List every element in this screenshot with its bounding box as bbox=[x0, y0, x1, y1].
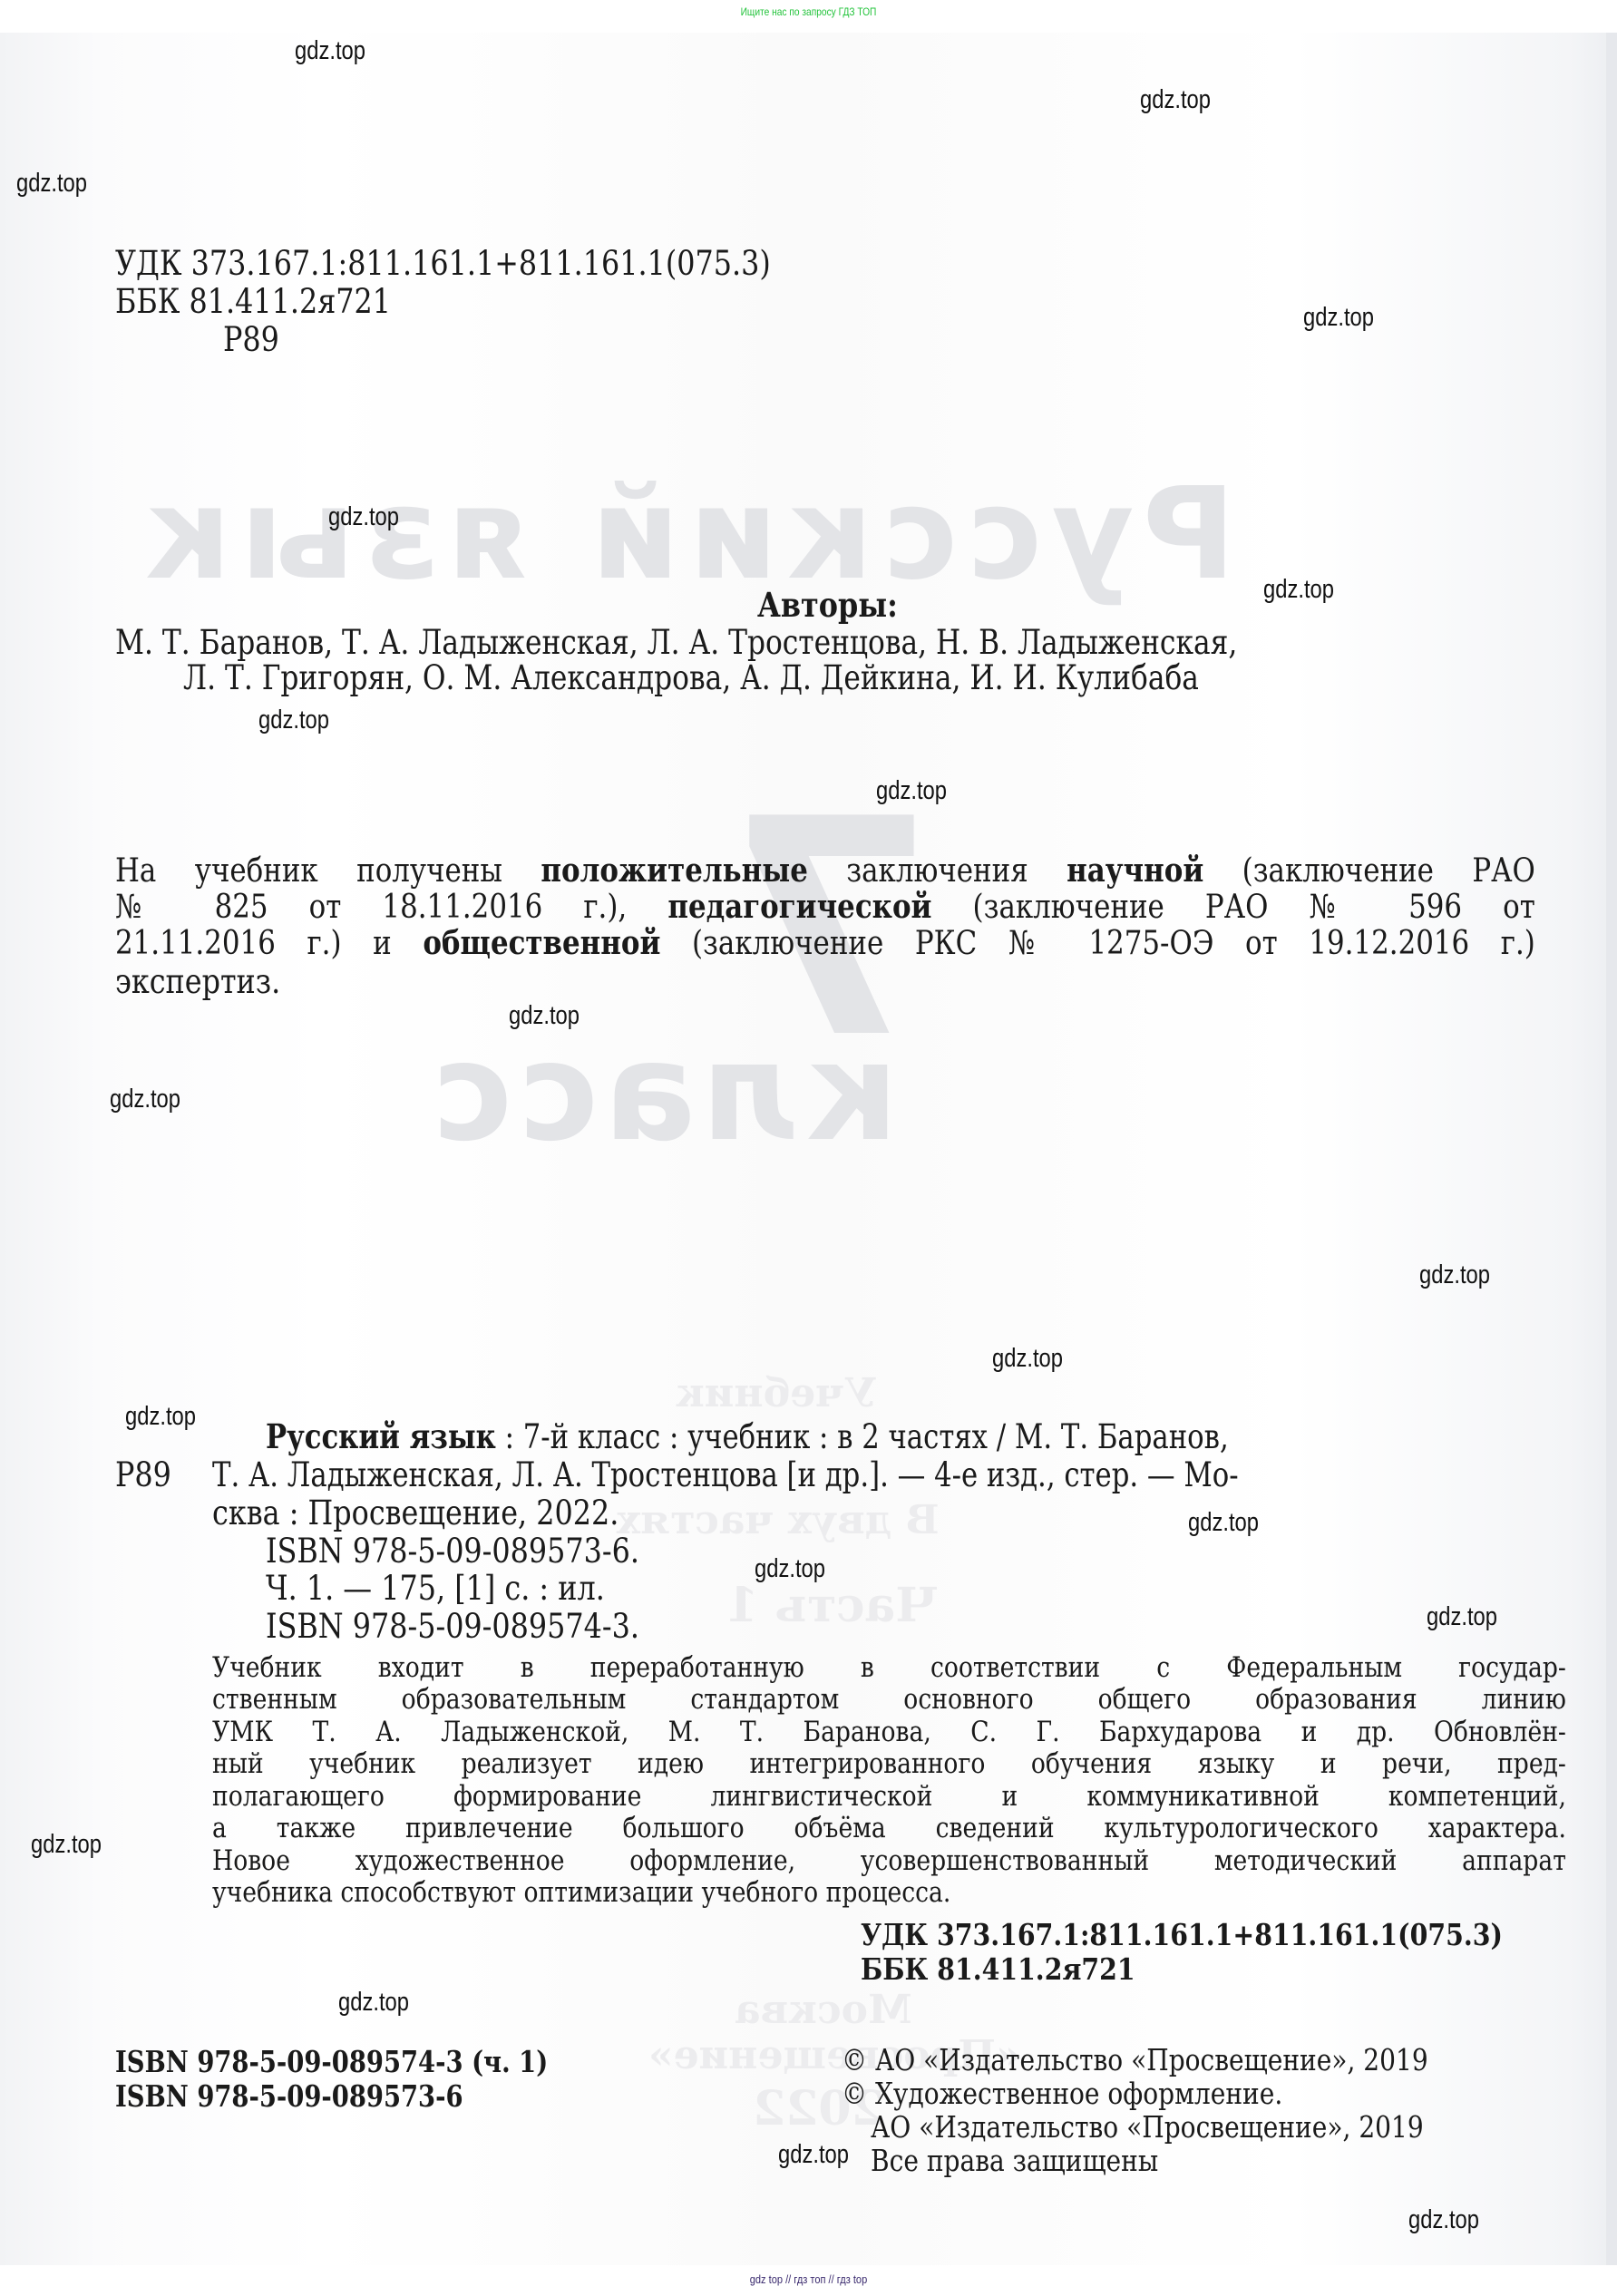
annotation-paragraph: Учебник входит в переработанную в соотве… bbox=[212, 1652, 1566, 1685]
bibliography-line: Русский язык : 7-й класс : учебник : в 2… bbox=[266, 1420, 1229, 1454]
isbn-set-bottom: ISBN 978-5-09-089573-6 bbox=[115, 2081, 463, 2111]
copyright-line: Все права защищены bbox=[871, 2145, 1158, 2175]
watermark: gdz.top bbox=[31, 1830, 102, 1860]
isbn-part1-bottom: ISBN 978-5-09-089574-3 (ч. 1) bbox=[115, 2047, 548, 2077]
watermark: gdz.top bbox=[328, 502, 399, 532]
bibliography-line: Т. А. Ладыженская, Л. А. Тростенцова [и … bbox=[212, 1458, 1239, 1492]
footer-text: gdz top // гдз топ // гдз top bbox=[122, 2272, 1496, 2286]
part-info: Ч. 1. — 175, [1] с. : ил. bbox=[266, 1571, 605, 1605]
copyright-line: АО «Издательство «Просвещение», 2019 bbox=[871, 2112, 1424, 2142]
watermark: gdz.top bbox=[755, 1554, 825, 1584]
isbn-set: ISBN 978-5-09-089573-6. bbox=[266, 1534, 639, 1568]
annotation-line: ственным образовательным стандартом осно… bbox=[212, 1684, 1566, 1717]
watermark: gdz.top bbox=[1303, 303, 1374, 333]
watermark: gdz.top bbox=[16, 169, 87, 199]
udk-code-bottom: УДК 373.167.1:811.161.1+811.161.1(075.3) bbox=[861, 1920, 1503, 1950]
annotation-line: учебника способствуют оптимизации учебно… bbox=[212, 1877, 1566, 1910]
top-banner: Ищите нас по запросу ГДЗ ТОП bbox=[122, 5, 1496, 18]
review-line: На учебник получены положительные заключ… bbox=[115, 852, 1535, 889]
watermark: gdz.top bbox=[125, 1402, 196, 1432]
watermark: gdz.top bbox=[1408, 2205, 1479, 2235]
review-line-last: экспертиз. bbox=[115, 965, 280, 998]
watermark: gdz.top bbox=[1427, 1602, 1497, 1632]
author-mark-top: Р89 bbox=[223, 323, 279, 356]
copyright-line: © Художественное оформление. bbox=[842, 2078, 1282, 2108]
watermark: gdz.top bbox=[1140, 85, 1211, 115]
annotation-line: Учебник входит в переработанную в соотве… bbox=[212, 1652, 1566, 1685]
udk-code-top: УДК 373.167.1:811.161.1+811.161.1(075.3) bbox=[115, 247, 771, 280]
review-line: № 825 от 18.11.2016 г.), педагогической … bbox=[115, 889, 1535, 925]
watermark: gdz.top bbox=[338, 1988, 409, 2018]
bibliography-line: сква : Просвещение, 2022. bbox=[212, 1496, 619, 1530]
page-edge bbox=[1606, 33, 1617, 2265]
watermark: gdz.top bbox=[295, 36, 365, 66]
watermark: gdz.top bbox=[778, 2140, 849, 2170]
bbk-code-top: ББК 81.411.2я721 bbox=[115, 285, 391, 318]
watermark: gdz.top bbox=[876, 776, 947, 806]
copyright-line: © АО «Издательство «Просвещение», 2019 bbox=[842, 2045, 1428, 2075]
annotation-line: полагающего формирование лингвистической… bbox=[212, 1781, 1566, 1814]
watermark: gdz.top bbox=[509, 1001, 580, 1031]
bbk-code-bottom: ББК 81.411.2я721 bbox=[861, 1954, 1135, 1984]
annotation-line: а также привлечение большого объёма свед… bbox=[212, 1813, 1566, 1845]
watermark: gdz.top bbox=[1419, 1260, 1490, 1290]
isbn-part: ISBN 978-5-09-089574-3. bbox=[266, 1610, 639, 1643]
review-line: 21.11.2016 г.) и общественной (заключени… bbox=[115, 925, 1535, 961]
review-paragraph: На учебник получены положительные заключ… bbox=[115, 852, 1535, 961]
watermark: gdz.top bbox=[992, 1344, 1063, 1374]
watermark: gdz.top bbox=[110, 1085, 180, 1114]
watermark: gdz.top bbox=[1188, 1508, 1259, 1538]
annotation-line: УМК Т. А. Ладыженской, М. Т. Баранова, С… bbox=[212, 1717, 1566, 1749]
annotation-line: Новое художественное оформление, усоверш… bbox=[212, 1845, 1566, 1878]
annotation-paragraph-body: ственным образовательным стандартом осно… bbox=[212, 1684, 1566, 1910]
authors-line: Л. Т. Григорян, О. М. Александрова, А. Д… bbox=[183, 661, 1199, 695]
watermark: gdz.top bbox=[258, 705, 329, 735]
authors-line: М. Т. Баранов, Т. А. Ладыженская, Л. А. … bbox=[115, 626, 1237, 659]
authors-heading: Авторы: bbox=[757, 589, 898, 622]
bibliography-mark: Р89 bbox=[115, 1458, 171, 1492]
watermark: gdz.top bbox=[1263, 575, 1334, 605]
annotation-line: ный учебник реализует идею интегрированн… bbox=[212, 1748, 1566, 1781]
